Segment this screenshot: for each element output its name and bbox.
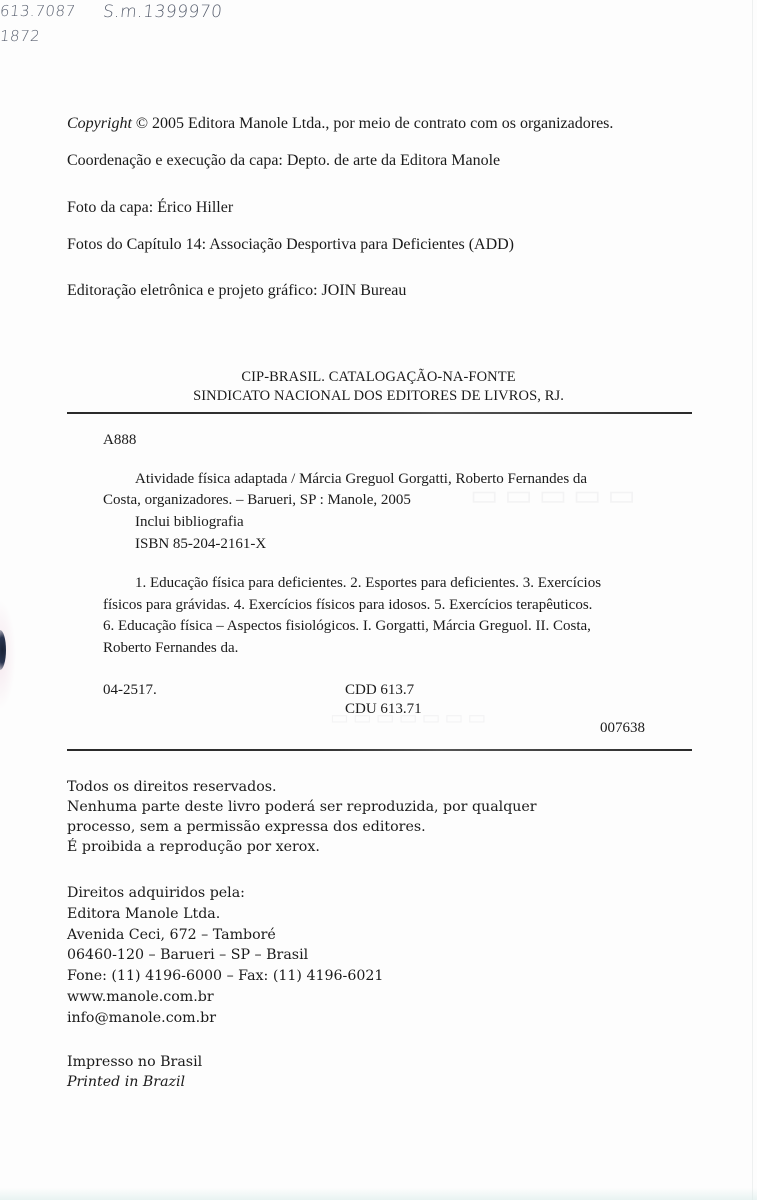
- subject-line: 1. Educação física para deficientes. 2. …: [135, 573, 601, 595]
- rights-line: processo, sem a permissão expressa dos e…: [67, 817, 537, 837]
- publisher-line: Direitos adquiridos pela:: [67, 883, 383, 904]
- isbn: ISBN 85-204-2161-X: [135, 534, 266, 556]
- handwritten-accession: S.m.1399970: [102, 2, 223, 22]
- copyright-text: © 2005 Editora Manole Ltda., por meio de…: [136, 115, 614, 132]
- publisher-email: info@manole.com.br: [67, 1008, 383, 1029]
- handwritten-classification: 613.7087: [0, 2, 77, 20]
- subject-line: físicos para grávidas. 4. Exercícios fís…: [103, 595, 592, 617]
- publisher-city: 06460-120 – Barueri – SP – Brasil: [67, 945, 383, 966]
- record-number: 04-2517.: [103, 680, 157, 702]
- book-page: ▭▭▭▭▭ ▭▭▭▭▭▭▭ 613.7087 S.m.1399970 1872 …: [0, 0, 757, 1200]
- cover-photo-credit: Foto da capa: Érico Hiller: [67, 198, 233, 218]
- scan-edge-tint: [0, 1188, 757, 1200]
- handwritten-note: 1872: [0, 27, 41, 45]
- rights-line: Nenhuma parte deste livro poderá ser rep…: [67, 797, 537, 817]
- subject-line: 6. Educação física – Aspectos fisiológic…: [103, 616, 591, 638]
- cdu-classification: CDU 613.71: [345, 699, 422, 721]
- copyright-line: Copyright © 2005 Editora Manole Ltda., p…: [67, 114, 613, 134]
- printed-in-en: Printed in Brazil: [67, 1074, 185, 1090]
- cip-header-publisher: SINDICATO NACIONAL DOS EDITORES DE LIVRO…: [0, 387, 757, 406]
- imprint: Impresso no Brasil Printed in Brazil: [67, 1052, 202, 1092]
- cip-bottom-rule: [67, 749, 692, 751]
- page-edge-line: [752, 0, 753, 1200]
- publisher-phone: Fone: (11) 4196-6000 – Fax: (11) 4196-60…: [67, 966, 383, 987]
- cip-top-rule: [67, 412, 692, 414]
- publisher-street: Avenida Ceci, 672 – Tamboré: [67, 925, 383, 946]
- cip-header-title: CIP-BRASIL. CATALOGAÇÃO-NA-FONTE: [0, 368, 757, 387]
- copyright-label: Copyright: [67, 115, 132, 132]
- control-number: 007638: [600, 718, 645, 740]
- publisher-address: Direitos adquiridos pela: Editora Manole…: [67, 883, 383, 1029]
- cutter-number: A888: [103, 430, 136, 452]
- entry-line: Atividade física adaptada / Márcia Gregu…: [135, 469, 587, 491]
- rights-line: Todos os direitos reservados.: [67, 777, 537, 797]
- rights-line: É proibida a reprodução por xerox.: [67, 837, 537, 857]
- entry-line: Inclui bibliografia: [135, 512, 244, 534]
- publisher-name: Editora Manole Ltda.: [67, 904, 383, 925]
- rights-notice: Todos os direitos reservados. Nenhuma pa…: [67, 777, 537, 857]
- cover-coordination: Coordenação e execução da capa: Depto. d…: [67, 151, 500, 171]
- layout-design-credit: Editoração eletrônica e projeto gráfico:…: [67, 281, 406, 301]
- entry-line: Costa, organizadores. – Barueri, SP : Ma…: [103, 490, 411, 512]
- publisher-website: www.manole.com.br: [67, 987, 383, 1008]
- printed-in-pt: Impresso no Brasil: [67, 1052, 202, 1072]
- subject-line: Roberto Fernandes da.: [103, 638, 238, 660]
- chapter-photo-credit: Fotos do Capítulo 14: Associação Desport…: [67, 235, 514, 255]
